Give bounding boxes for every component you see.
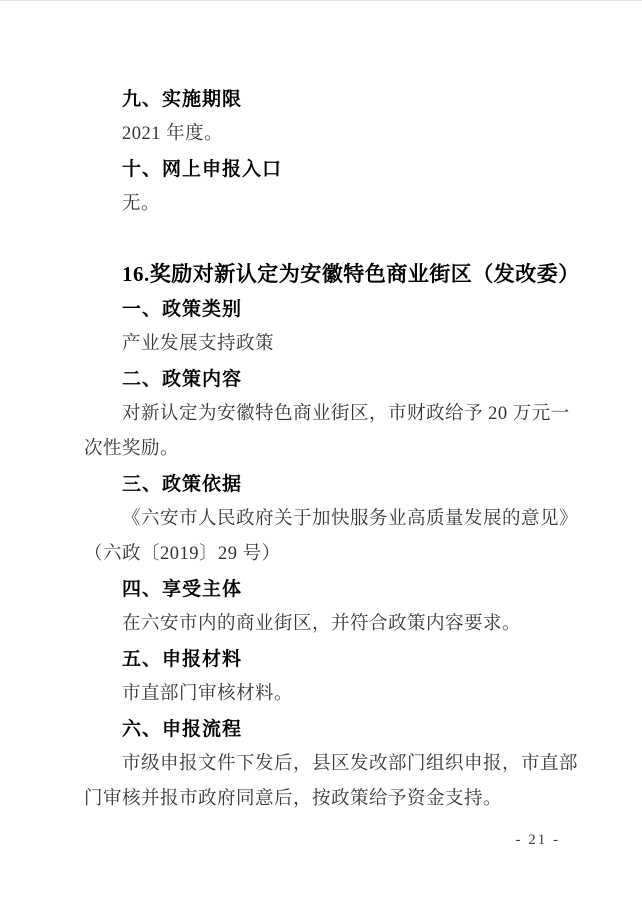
document-page: 九、实施期限 2021 年度。 十、网上申报入口 无。 16.奖励对新认定为安徽… <box>0 0 642 907</box>
heading-policy-basis: 三、政策依据 <box>84 467 560 502</box>
text-application-materials: 市直部门审核材料。 <box>84 677 560 712</box>
item16-title: 16.奖励对新认定为安徽特色商业街区（发改委） <box>84 257 560 292</box>
heading-implementation-period: 九、实施期限 <box>84 82 560 117</box>
blank-line <box>84 222 560 257</box>
page-top-edge <box>0 0 642 1</box>
text-policy-basis-line-1: 《六安市人民政府关于加快服务业高质量发展的意见》 <box>84 502 560 537</box>
page-number: - 21 - <box>516 830 561 850</box>
heading-application-process: 六、申报流程 <box>84 712 560 747</box>
heading-policy-content: 二、政策内容 <box>84 362 560 397</box>
heading-policy-category: 一、政策类别 <box>84 292 560 327</box>
text-policy-content-line-1: 对新认定为安徽特色商业街区，市财政给予 20 万元一 <box>84 397 560 432</box>
heading-online-application-portal: 十、网上申报入口 <box>84 152 560 187</box>
text-policy-category: 产业发展支持政策 <box>84 327 560 362</box>
text-online-application-portal: 无。 <box>84 187 560 222</box>
text-implementation-period: 2021 年度。 <box>84 117 560 152</box>
text-policy-content-line-2: 次性奖励。 <box>84 432 560 467</box>
text-policy-basis-line-2: （六政〔2019〕29 号） <box>84 537 560 572</box>
text-application-process-line-1: 市级申报文件下发后，县区发改部门组织申报，市直部 <box>84 747 560 782</box>
document-body: 九、实施期限 2021 年度。 十、网上申报入口 无。 16.奖励对新认定为安徽… <box>84 82 560 817</box>
heading-application-materials: 五、申报材料 <box>84 642 560 677</box>
text-eligible-subjects: 在六安市内的商业街区，并符合政策内容要求。 <box>84 607 560 642</box>
text-application-process-line-2: 门审核并报市政府同意后，按政策给予资金支持。 <box>84 782 560 817</box>
heading-eligible-subjects: 四、享受主体 <box>84 572 560 607</box>
